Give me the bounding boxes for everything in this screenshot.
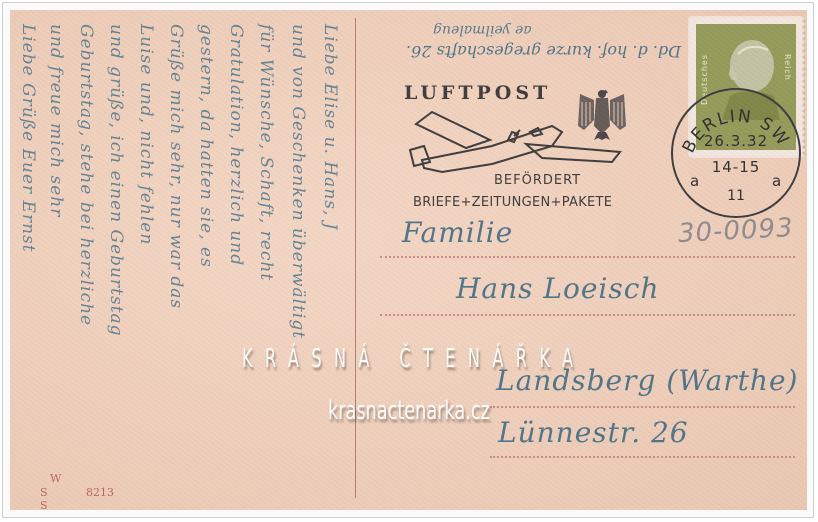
message-line: Liebe Grüße Euer Ernst (18, 24, 38, 253)
address-rule (490, 406, 795, 408)
address-line: Lünnestr. 26 (498, 416, 689, 449)
message-line: Luise und, nicht fehlen (136, 24, 156, 245)
message-line: Geburtstag, stehe bei herzliche (76, 24, 96, 326)
postmark-date: 26.3.32 (680, 132, 792, 150)
address-rule (380, 256, 795, 258)
luftpost-header: LUFTPOST (404, 82, 551, 104)
cancellation-line: BEFÖRDERT (494, 173, 581, 188)
publisher-mark-number: 8213 (86, 486, 114, 499)
message-line: für Wünsche, Schaft, recht (256, 24, 276, 281)
postcard: Liebe Elise u. Hans, J und von Geschenke… (10, 10, 807, 510)
message-line: und freue mich sehr (46, 24, 66, 217)
message-line: Gratulation, herzlich und (226, 24, 246, 266)
cancellation-line: BRIEFE+ZEITUNGEN+PAKETE (413, 195, 612, 210)
address-line: Hans Loeisch (456, 272, 659, 305)
publisher-mark-left: S S (40, 486, 50, 510)
message-line: Liebe Elise u. Hans, J (320, 24, 340, 231)
pencil-inventory-number: 30-0093 (677, 213, 794, 249)
center-divider (355, 18, 356, 498)
address-rule (490, 456, 795, 458)
top-note: Dd. d. hof. kurze gregeschafts 26. (406, 42, 681, 61)
message-line: Grüße mich sehr, nur war das (166, 24, 186, 309)
watermark-title: KRÁSNÁ ČTENÁŘKA (242, 344, 585, 374)
message-line: und grüße, ich einen Geburtstag (106, 24, 126, 337)
stamp-text-right: Reich (783, 54, 792, 81)
airplane-icon (402, 106, 632, 176)
message-line: und von Geschenken überwältigt (288, 24, 308, 339)
address-line: Familie (402, 216, 513, 249)
address-rule (380, 314, 795, 316)
message-line: gestern, da hatten sie, es (196, 24, 216, 268)
message-area: Liebe Elise u. Hans, J und von Geschenke… (10, 10, 350, 510)
top-note: ae yeilmaleug (433, 22, 532, 38)
watermark-url: krasnactenarka.cz (328, 396, 490, 426)
postmark-number: 11 (680, 188, 792, 204)
publisher-mark-top: W (50, 472, 61, 485)
